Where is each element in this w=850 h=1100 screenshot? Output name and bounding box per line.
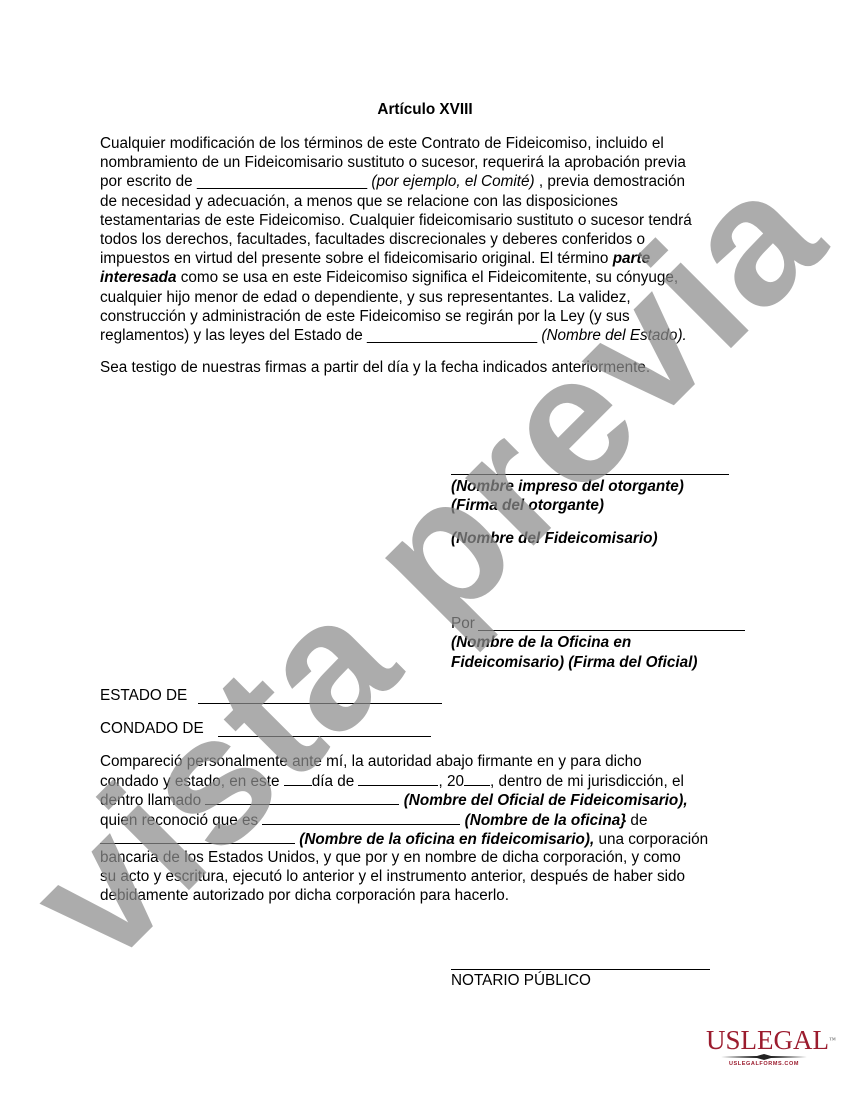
para-line: construcción y administración de este Fi… (100, 307, 760, 326)
para-line: nombramiento de un Fideicomisario sustit… (100, 153, 760, 172)
ack-line: su acto y escritura, ejecutó lo anterior… (100, 867, 760, 886)
state-name-blank[interactable]: ____________________ (367, 327, 537, 344)
notary-label: NOTARIO PÚBLICO (451, 971, 591, 990)
para-line: todos los derechos, facultades, facultad… (100, 230, 760, 249)
eagle-icon (719, 1054, 809, 1060)
ack-line: bancaria de los Estados Unidos, y que po… (100, 848, 760, 867)
para-line: cualquier hijo menor de edad o dependien… (100, 288, 760, 307)
state-blank-line[interactable] (198, 703, 442, 704)
notary-signature-line[interactable] (451, 969, 710, 970)
logo-text: USLEGAL (706, 1025, 829, 1055)
acknowledgment-paragraph: Compareció personalmente ante mí, la aut… (100, 752, 760, 906)
day-blank[interactable] (284, 771, 312, 786)
ack-line: debidamente autorizado por dicha corpora… (100, 886, 760, 905)
trustee-name-label: (Nombre del Fideicomisario) (451, 529, 658, 548)
ack-line: condado y estado, en este día de , 20, d… (100, 771, 760, 790)
approver-blank[interactable]: ____________________ (197, 173, 367, 190)
modification-paragraph: Cualquier modificación de los términos d… (100, 134, 760, 345)
year-blank[interactable] (464, 771, 490, 786)
county-label: CONDADO DE (100, 719, 204, 738)
by-label: Por (451, 614, 475, 633)
para-line: reglamentos) y las leyes del Estado de _… (100, 326, 760, 345)
ack-line: dentro llamado (Nombre del Oficial de Fi… (100, 790, 760, 809)
document-page: Artículo XVIII Cualquier modificación de… (0, 0, 850, 1100)
para-line: impuestos en virtud del presente sobre e… (100, 249, 760, 268)
para-line: de necesidad y adecuación, a menos que s… (100, 192, 760, 211)
para-line: testamentarias de este Fideicomiso. Cual… (100, 211, 760, 230)
ack-line: Compareció personalmente ante mí, la aut… (100, 752, 760, 771)
officer-signature-line[interactable] (478, 630, 745, 631)
para-line: interesada como se usa en este Fideicomi… (100, 268, 760, 287)
grantor-printed-name-label: (Nombre impreso del otorgante) (451, 477, 684, 496)
trust-office-blank[interactable] (100, 829, 295, 844)
para-line: Cualquier modificación de los términos d… (100, 134, 760, 153)
para-line: por escrito de ____________________ (por… (100, 172, 760, 191)
article-title: Artículo XVIII (0, 101, 850, 119)
grantor-signature-line[interactable] (451, 474, 729, 475)
office-name-blank[interactable] (262, 810, 460, 825)
uslegal-logo: USLEGAL™ USLEGALFORMS.COM (706, 1026, 822, 1070)
office-label-line1: (Nombre de la Oficina en (451, 633, 631, 652)
officer-name-blank[interactable] (205, 790, 399, 805)
ack-line: (Nombre de la oficina en fideicomisario)… (100, 829, 760, 848)
witness-statement: Sea testigo de nuestras firmas a partir … (100, 358, 650, 377)
month-blank[interactable] (358, 771, 438, 786)
county-blank-line[interactable] (218, 736, 431, 737)
grantor-signature-label: (Firma del otorgante) (451, 496, 604, 515)
office-label-line2: Fideicomisario) (Firma del Oficial) (451, 653, 698, 672)
ack-line: quien reconoció que es (Nombre de la ofi… (100, 810, 760, 829)
logo-subtitle: USLEGALFORMS.COM (706, 1060, 822, 1068)
state-label: ESTADO DE (100, 686, 187, 705)
